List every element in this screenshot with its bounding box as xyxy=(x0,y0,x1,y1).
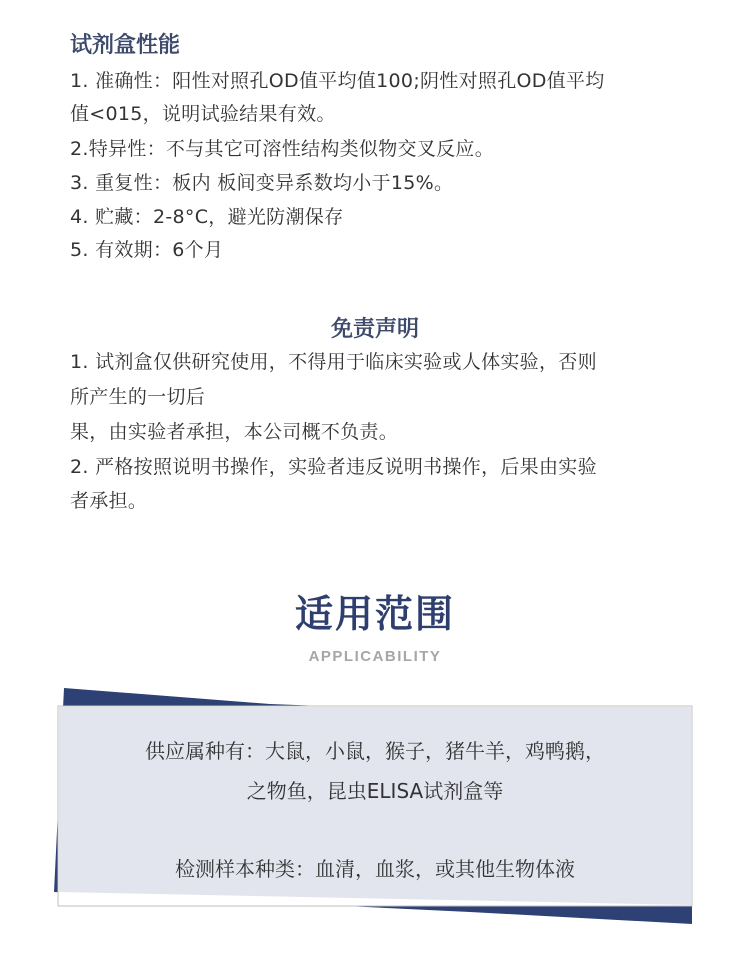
performance-line-2: 值<015，说明试验结果有效。 xyxy=(70,99,336,126)
species-line-2: 之物鱼，昆虫ELISA试剂盒等 xyxy=(58,775,692,804)
disclaimer-line-3: 果，由实验者承担，本公司概不负责。 xyxy=(70,417,398,444)
sample-types: 检测样本种类：血清，血浆，或其他生物体液 xyxy=(58,853,692,882)
performance-line-1: 1. 准确性：阳性对照孔OD值平均值100;阴性对照孔OD值平均 xyxy=(70,66,605,93)
disclaimer-line-5: 者承担。 xyxy=(70,486,147,513)
disclaimer-line-2: 所产生的一切后 xyxy=(70,382,205,409)
performance-line-3: 2.特异性：不与其它可溶性结构类似物交叉反应。 xyxy=(70,134,494,161)
performance-line-6: 5. 有效期：6个月 xyxy=(70,235,223,262)
applicability-title: 适用范围 xyxy=(0,583,750,638)
performance-title: 试剂盒性能 xyxy=(70,28,180,59)
disclaimer-line-1: 1. 试剂盒仅供研究使用，不得用于临床实验或人体实验，否则 xyxy=(70,347,597,374)
species-line-1: 供应属种有：大鼠，小鼠，猴子，猪牛羊，鸡鸭鹅， xyxy=(58,735,692,764)
disclaimer-title: 免责声明 xyxy=(0,312,750,343)
card-background-shapes xyxy=(0,680,750,940)
performance-line-5: 4. 贮藏：2-8°C，避光防潮保存 xyxy=(70,202,343,229)
disclaimer-line-4: 2. 严格按照说明书操作，实验者违反说明书操作，后果由实验 xyxy=(70,452,597,479)
performance-line-4: 3. 重复性：板内 板间变异系数均小于15%。 xyxy=(70,168,453,195)
applicability-subtitle: APPLICABILITY xyxy=(0,648,750,665)
